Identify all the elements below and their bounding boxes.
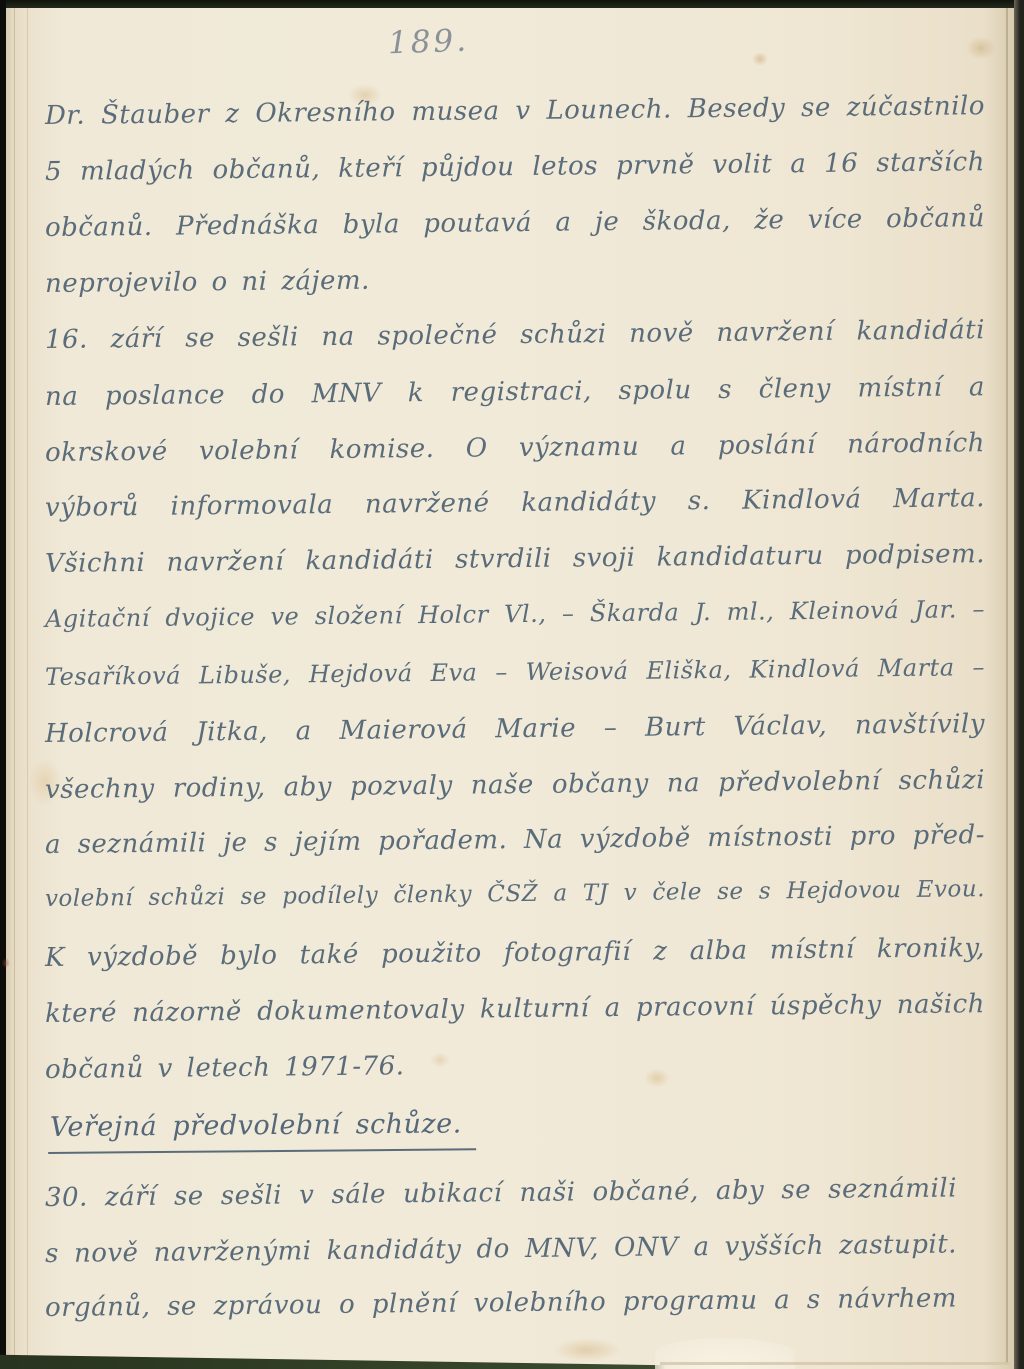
section-heading: Veřejná předvolební schůze. <box>48 1108 476 1154</box>
book-cover-edge-right <box>1014 0 1024 1369</box>
handwritten-line: občanů v letech 1971-76. <box>45 1050 405 1086</box>
page-edge-line <box>14 8 15 1369</box>
handwritten-line: neprojevilo o ni zájem. <box>45 265 370 301</box>
page-edge-line <box>27 8 28 1369</box>
book-cover-edge-top <box>0 0 1024 8</box>
page-bottom-edge <box>660 1362 1010 1365</box>
book-cover-edge-left <box>0 0 6 1369</box>
page-number: 189. <box>387 23 469 62</box>
page-edge-line <box>1006 8 1008 1363</box>
